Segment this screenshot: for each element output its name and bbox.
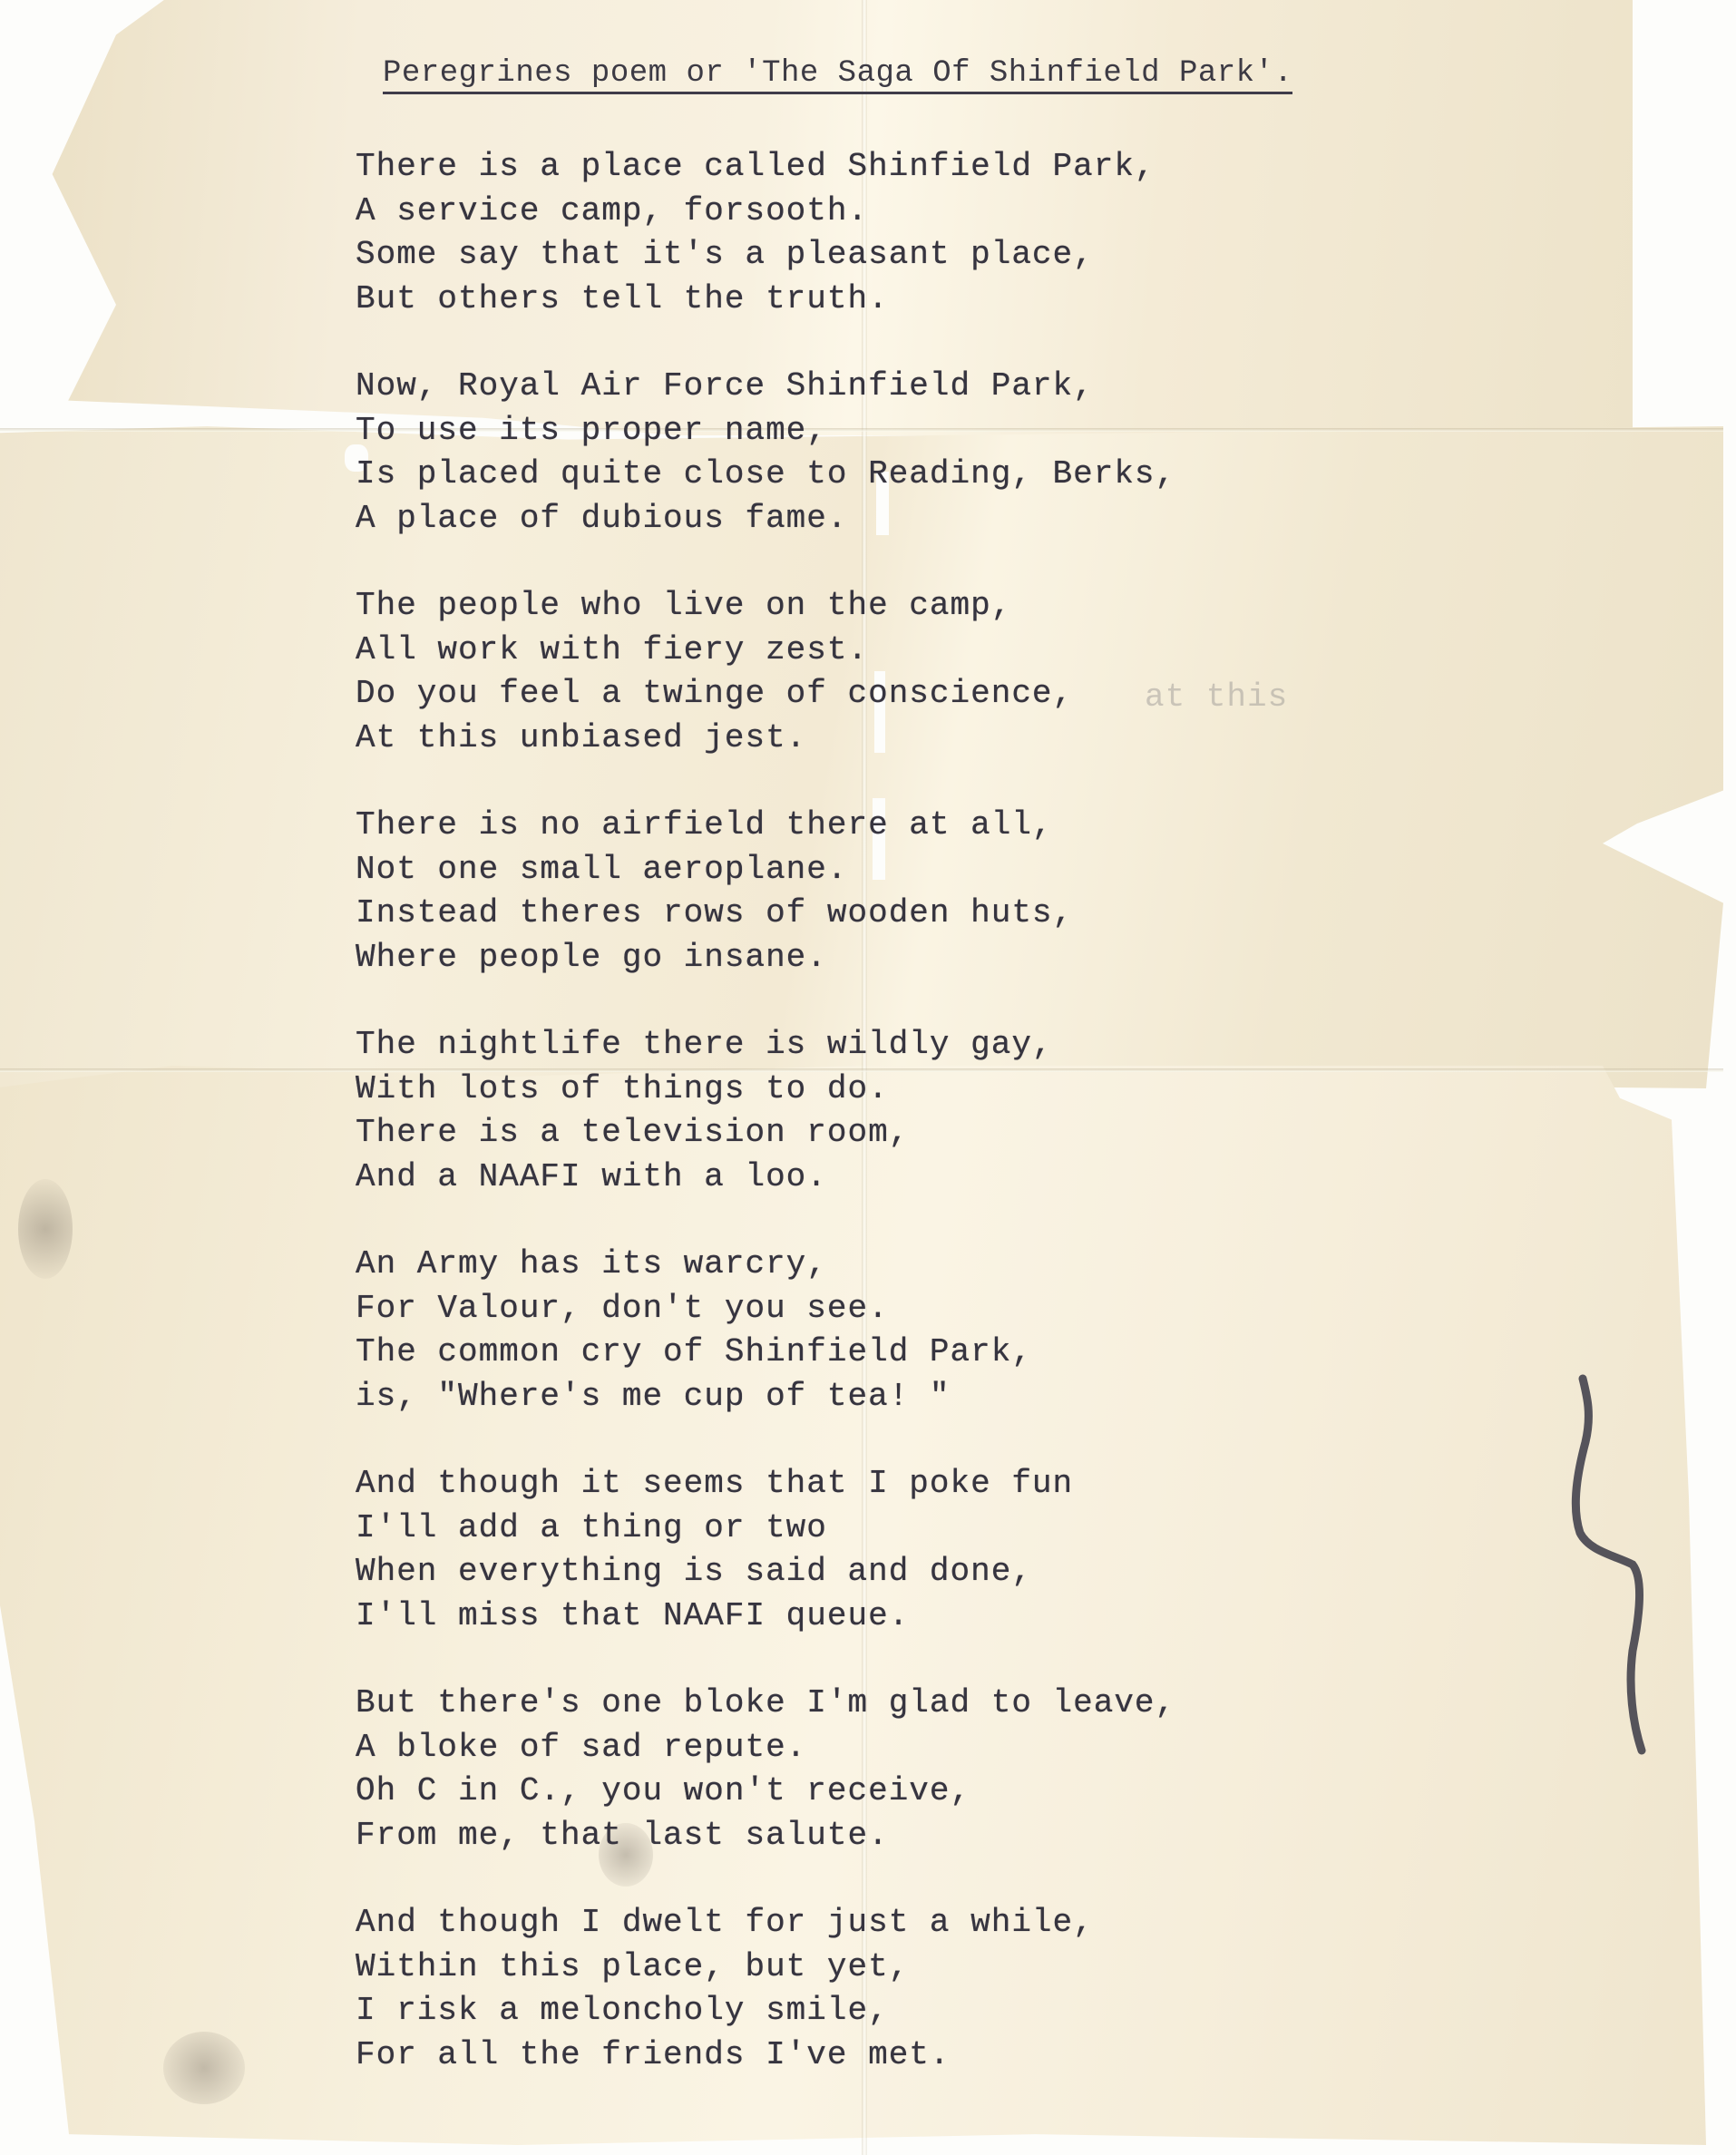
dirt-smudge xyxy=(18,1179,73,1279)
scanned-document: Peregrines poem or 'The Saga Of Shinfiel… xyxy=(0,0,1736,2155)
poem-line: And though I dwelt for just a while, xyxy=(356,1901,1175,1945)
poem-line: Where people go insane. xyxy=(356,936,1175,980)
poem-title: Peregrines poem or 'The Saga Of Shinfiel… xyxy=(383,56,1292,94)
poem-line: I'll miss that NAAFI queue. xyxy=(356,1594,1175,1639)
stanza: There is no airfield there at all, Not o… xyxy=(356,804,1175,980)
poem-body: There is a place called Shinfield Park, … xyxy=(356,145,1175,2121)
poem-line: The nightlife there is wildly gay, xyxy=(356,1023,1175,1068)
poem-line: For Valour, don't you see. xyxy=(356,1287,1175,1331)
erased-text: at this xyxy=(1145,678,1288,716)
poem-line: Some say that it's a pleasant place, xyxy=(356,233,1175,278)
poem-line: To use its proper name, xyxy=(356,409,1175,453)
stanza: But there's one bloke I'm glad to leave,… xyxy=(356,1682,1175,1858)
poem-line: I'll add a thing or two xyxy=(356,1507,1175,1551)
poem-line: There is no airfield there at all, xyxy=(356,804,1175,848)
poem-line: A place of dubious fame. xyxy=(356,497,1175,541)
stanza: There is a place called Shinfield Park, … xyxy=(356,145,1175,321)
poem-line: There is a television room, xyxy=(356,1111,1175,1156)
ink-pen-mark xyxy=(1542,1360,1669,1760)
poem-line: At this unbiased jest. xyxy=(356,717,1175,761)
poem-line: Now, Royal Air Force Shinfield Park, xyxy=(356,365,1175,409)
poem-line: Not one small aeroplane. xyxy=(356,848,1175,892)
poem-line: is, "Where's me cup of tea! " xyxy=(356,1375,1175,1419)
poem-line: A service camp, forsooth. xyxy=(356,190,1175,234)
poem-line: Do you feel a twinge of conscience, xyxy=(356,672,1175,717)
poem-line: From me, that last salute. xyxy=(356,1814,1175,1858)
poem-line: Is placed quite close to Reading, Berks, xyxy=(356,453,1175,497)
poem-line: But there's one bloke I'm glad to leave, xyxy=(356,1682,1175,1726)
poem-line: Oh C in C., you won't receive, xyxy=(356,1770,1175,1814)
poem-line: And though it seems that I poke fun xyxy=(356,1462,1175,1507)
stanza: And though I dwelt for just a while, Wit… xyxy=(356,1901,1175,2077)
poem-line: When everything is said and done, xyxy=(356,1550,1175,1594)
stanza: The nightlife there is wildly gay, With … xyxy=(356,1023,1175,1199)
poem-line: An Army has its warcry, xyxy=(356,1243,1175,1287)
poem-line: All work with fiery zest. xyxy=(356,629,1175,673)
poem-line: Within this place, but yet, xyxy=(356,1945,1175,1990)
poem-line: But others tell the truth. xyxy=(356,278,1175,322)
stanza: The people who live on the camp, All wor… xyxy=(356,584,1175,760)
stanza: Now, Royal Air Force Shinfield Park, To … xyxy=(356,365,1175,541)
poem-line: Instead theres rows of wooden huts, xyxy=(356,892,1175,936)
poem-line: For all the friends I've met. xyxy=(356,2033,1175,2078)
poem-line: And a NAAFI with a loo. xyxy=(356,1156,1175,1200)
poem-line: The common cry of Shinfield Park, xyxy=(356,1331,1175,1375)
poem-line: A bloke of sad repute. xyxy=(356,1726,1175,1770)
poem-line: There is a place called Shinfield Park, xyxy=(356,145,1175,190)
dirt-smudge xyxy=(163,2032,245,2104)
poem-line: With lots of things to do. xyxy=(356,1068,1175,1112)
stanza: An Army has its warcry, For Valour, don'… xyxy=(356,1243,1175,1419)
poem-line: I risk a meloncholy smile, xyxy=(356,1989,1175,2033)
stanza: And though it seems that I poke fun I'll… xyxy=(356,1462,1175,1638)
poem-line: The people who live on the camp, xyxy=(356,584,1175,629)
